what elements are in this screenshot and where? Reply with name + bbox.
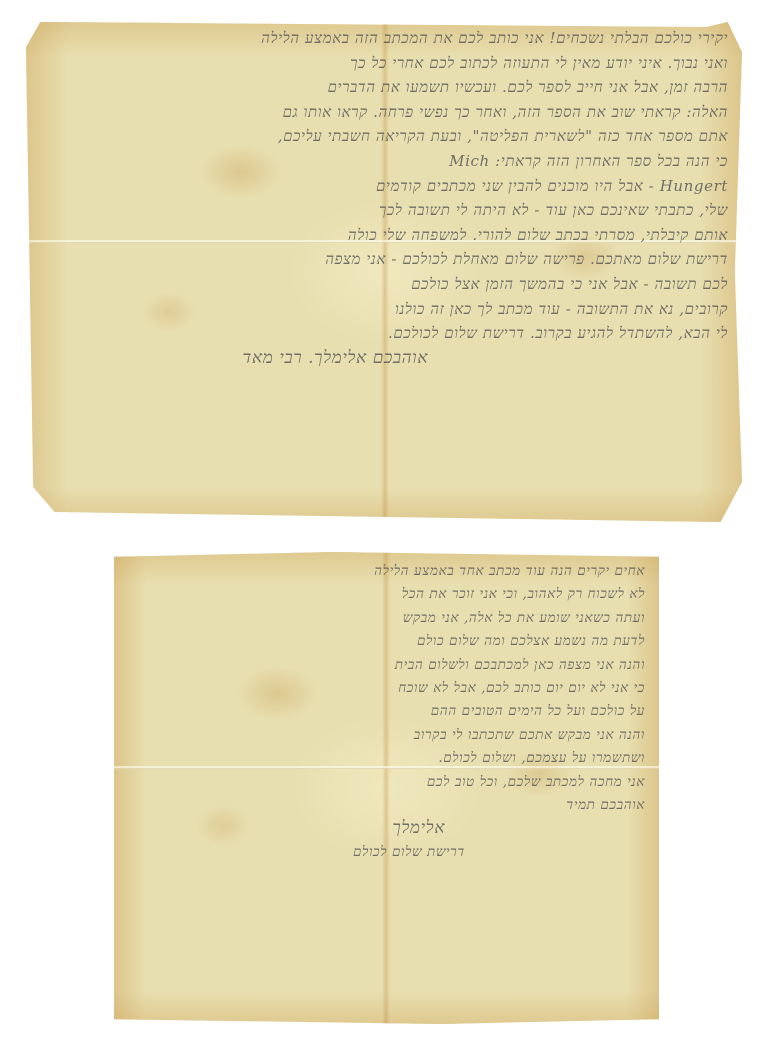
text-line: ואני נבוך. איני יודע מאין לי התעוזה לכתו… — [40, 51, 728, 76]
text-line: אחים יקרים הנה עוד מכתב אחד באמצע הלילה — [128, 560, 645, 583]
text-line: לא לשכוח רק לאהוב, וכי אני זוכר את הכל — [128, 583, 645, 606]
postscript: דרישת שלום לכולם — [128, 841, 645, 864]
text-line: אותם קיבלתי, מסרתי בכתב שלום להורי. למשפ… — [40, 223, 728, 248]
letter-page-2: אחים יקרים הנה עוד מכתב אחד באמצע הלילה … — [114, 552, 659, 1024]
handwritten-text-block: אחים יקרים הנה עוד מכתב אחד באמצע הלילה … — [128, 560, 645, 864]
letter-page-1: יקירי כולכם הבלתי נשכחים! אני כותב לכם א… — [26, 22, 742, 522]
handwritten-text-block: יקירי כולכם הבלתי נשכחים! אני כותב לכם א… — [40, 26, 728, 370]
text-line: אוהבכם תמיד — [128, 794, 645, 817]
text-line: כי אני לא יום יום כותב לכם, אבל לא שוכח — [128, 677, 645, 700]
text-line: כי הנה בכל ספר האחרון הזה קראתי: Mich — [40, 149, 728, 174]
text-line: Hungert - אבל היו מוכנים להבין שני מכתבי… — [40, 174, 728, 199]
signature: אלימלך — [128, 817, 645, 840]
text-line: על כולכם ועל כל הימים הטובים ההם — [128, 700, 645, 723]
text-line: האלה: קראתי שוב את הספר הזה, ואחר כך נפש… — [40, 100, 728, 125]
text-line: דרישת שלום מאתכם. פרישה שלום מאחלת לכולכ… — [40, 247, 728, 272]
text-line: לכם תשובה - אבל אני כי בהמשך הזמן אצל כו… — [40, 272, 728, 297]
text-line: שלי, כתבתי שאינכם כאן עוד - לא היתה לי ת… — [40, 198, 728, 223]
text-line: והנה אני מבקש אתכם שתכתבו לי בקרוב — [128, 724, 645, 747]
text-line: ועתה כשאני שומע את כל אלה, אני מבקש — [128, 607, 645, 630]
text-line: יקירי כולכם הבלתי נשכחים! אני כותב לכם א… — [40, 26, 728, 51]
text-line: אתם מספר אחד כזה "לשארית הפליטה", ובעת ה… — [40, 124, 728, 149]
text-line: והנה אני מצפה כאן למכתבכם ולשלום הבית — [128, 654, 645, 677]
signature: אוהבכם אלימלך. רבי מאד — [40, 346, 728, 371]
text-line: ושתשמרו על עצמכם, ושלום לכולם. — [128, 747, 645, 770]
text-line: אני מחכה למכתב שלכם, וכל טוב לכם — [128, 771, 645, 794]
text-line: לי הבא, להשתדל להגיע בקרוב. דרישת שלום ל… — [40, 321, 728, 346]
text-line: הרבה זמן, אבל אני חייב לספר לכם. ועכשיו … — [40, 75, 728, 100]
text-line: לדעת מה נשמע אצלכם ומה שלום כולם — [128, 630, 645, 653]
text-line: קרובים, נא את התשובה - עוד מכתב לך כאן ז… — [40, 297, 728, 322]
